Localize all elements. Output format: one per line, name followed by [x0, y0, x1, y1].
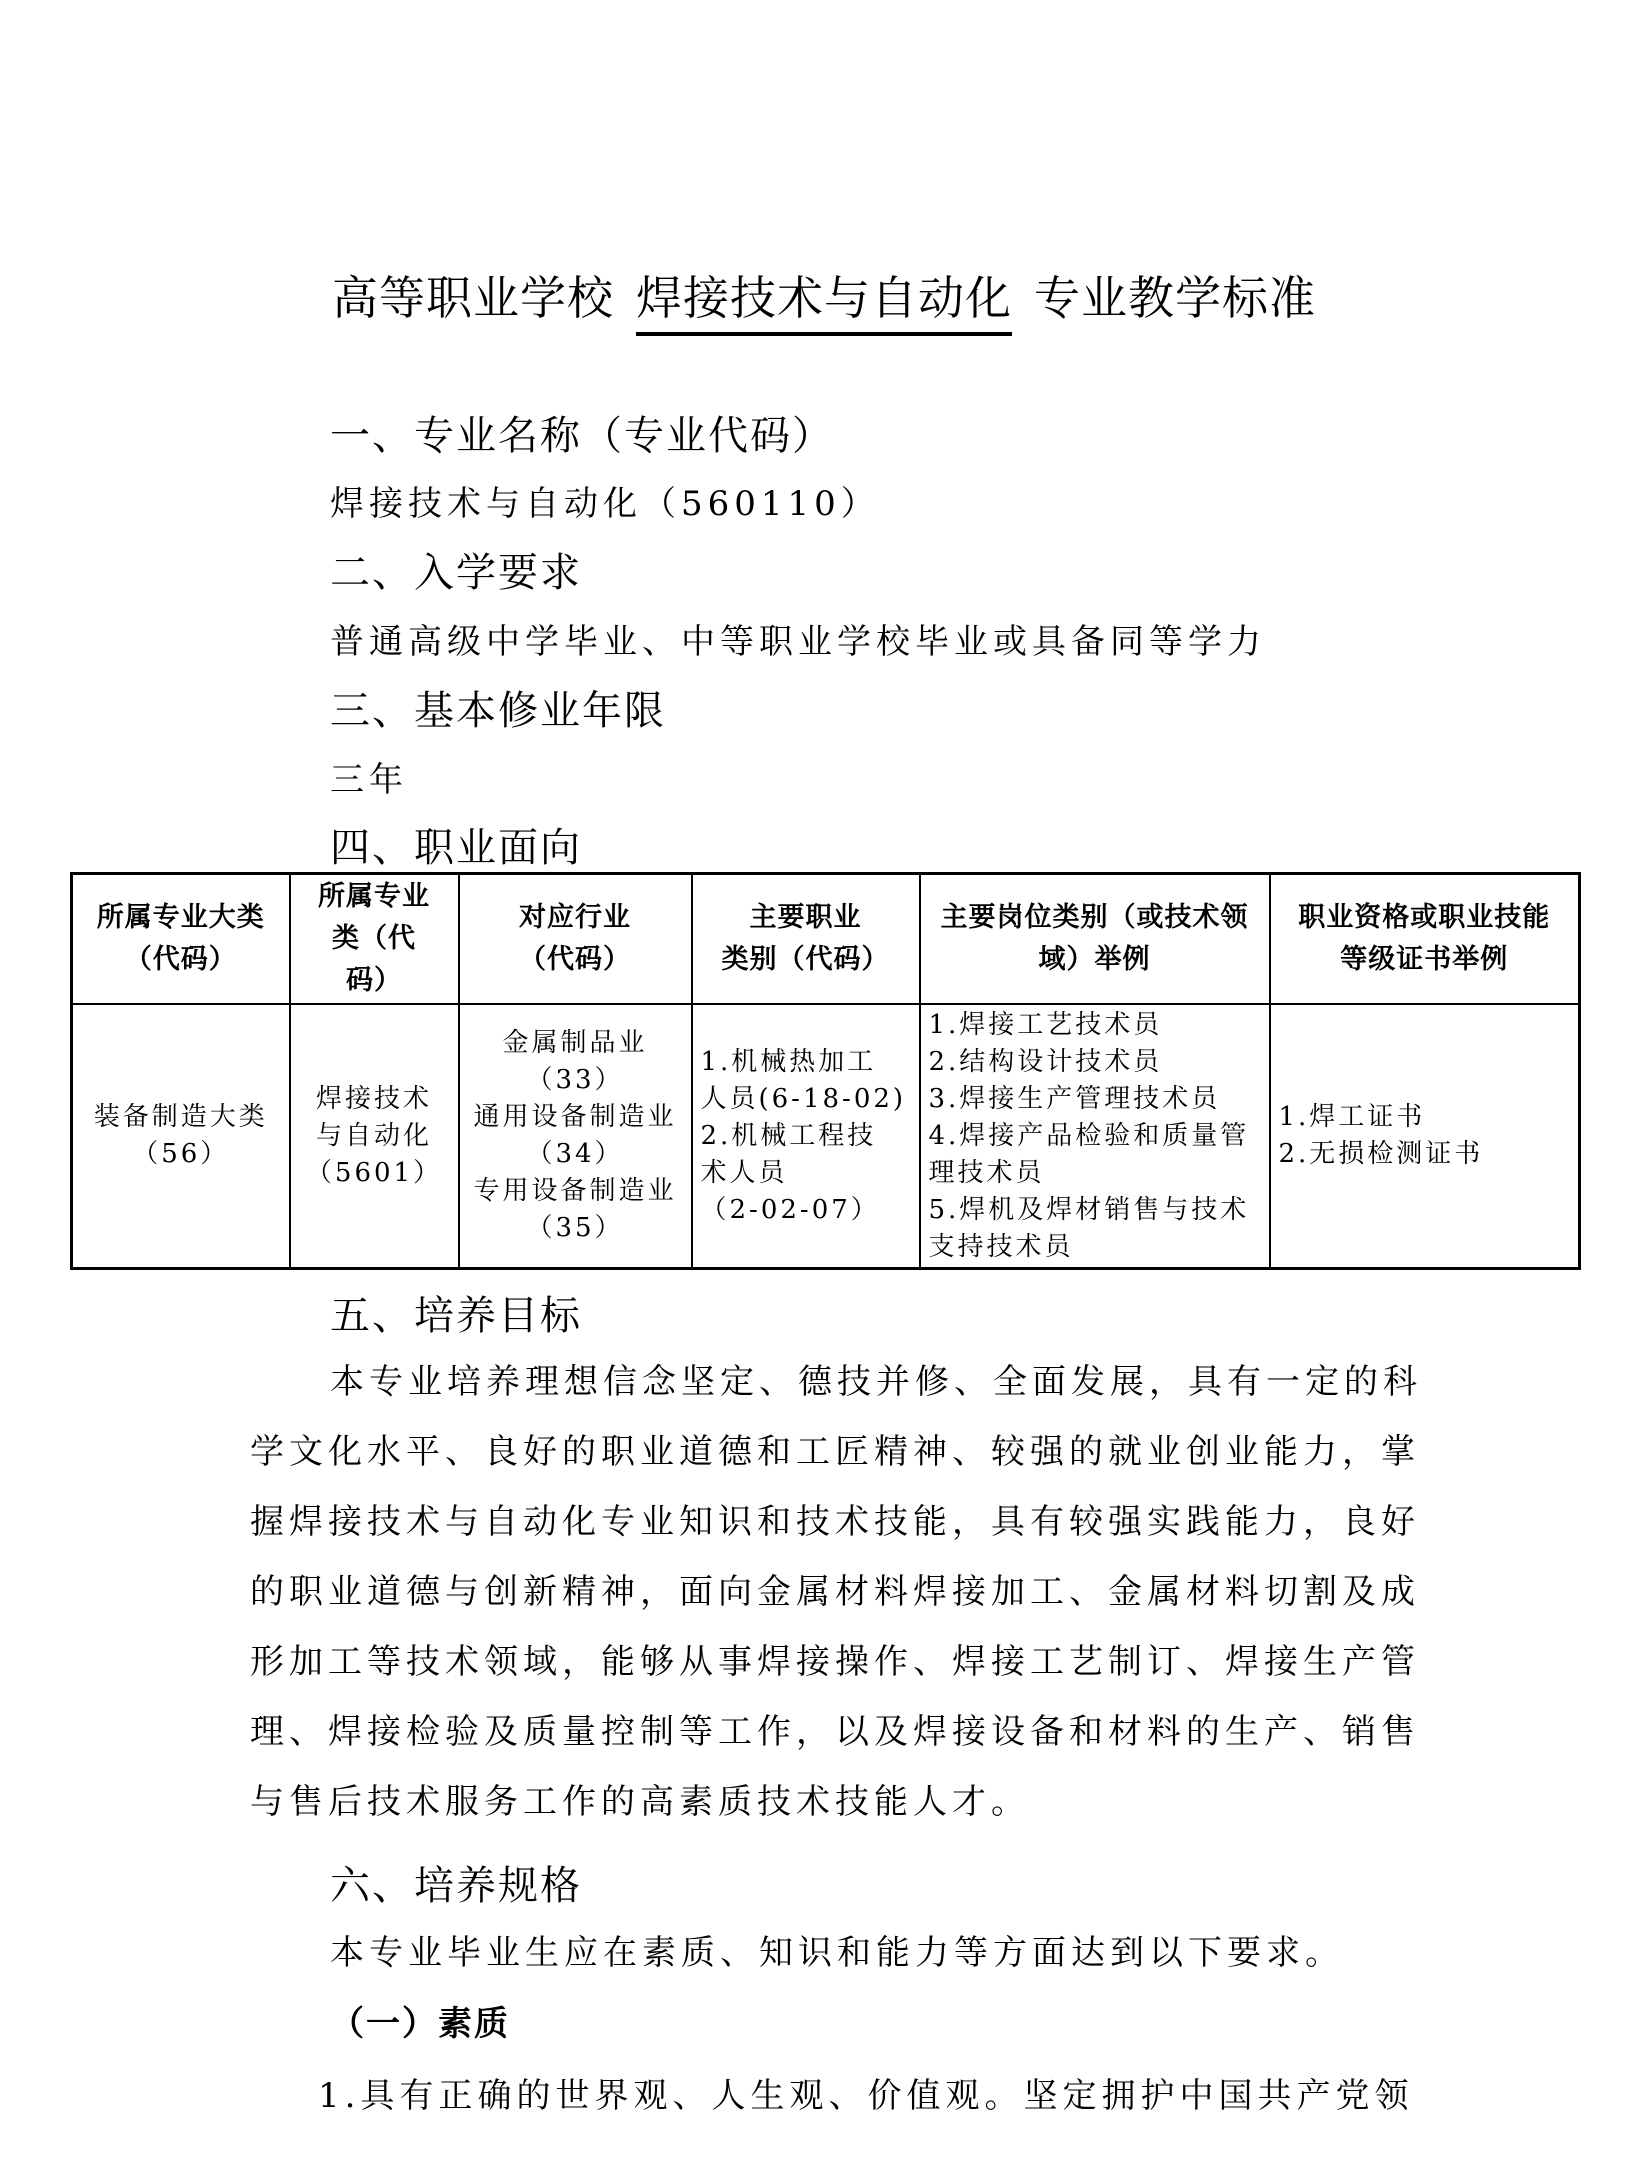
header-major-category: 所属专业大类（代码） [72, 874, 290, 1005]
header-job-category: 主要岗位类别（或技术领域）举例 [920, 874, 1270, 1005]
section-5-line-3: 握焊接技术与自动化专业知识和技术技能，具有较强实践能力，良好 [250, 1494, 1420, 1543]
section-5-line-1: 本专业培养理想信念坚定、德技并修、全面发展，具有一定的科 [330, 1354, 1422, 1403]
cell-major-class: 焊接技术与自动化（5601） [290, 1004, 459, 1269]
table-row: 装备制造大类（56） 焊接技术与自动化（5601） 金属制品业（33）通用设备制… [72, 1004, 1580, 1269]
occupation-table: 所属专业大类（代码） 所属专业类（代码） 对应行业（代码） 主要职业类别（代码）… [70, 872, 1581, 1270]
title-prefix: 高等职业学校 [332, 271, 614, 325]
subsection-quality-heading: （一）素质 [330, 1996, 510, 2045]
cell-industry: 金属制品业（33）通用设备制造业（34）专用设备制造业（35） [459, 1004, 692, 1269]
quality-item-1: 1.具有正确的世界观、人生观、价值观。坚定拥护中国共产党领 [318, 2068, 1413, 2117]
section-3-heading: 三、基本修业年限 [330, 679, 666, 736]
header-certificates: 职业资格或职业技能等级证书举例 [1270, 874, 1580, 1005]
header-occupation-class: 主要职业类别（代码） [692, 874, 920, 1005]
document-title: 高等职业学校焊接技术与自动化专业教学标准 [0, 262, 1648, 336]
section-1-heading: 一、专业名称（专业代码） [330, 404, 834, 461]
cell-certificates: 1.焊工证书2.无损检测证书 [1270, 1004, 1580, 1269]
title-suffix: 专业教学标准 [1034, 271, 1316, 325]
section-5-line-4: 的职业道德与创新精神，面向金属材料焊接加工、金属材料切割及成 [250, 1564, 1420, 1613]
section-6-body: 本专业毕业生应在素质、知识和能力等方面达到以下要求。 [330, 1925, 1344, 1974]
section-3-body: 三年 [330, 752, 408, 801]
header-major-class: 所属专业类（代码） [290, 874, 459, 1005]
cell-job-category: 1.焊接工艺技术员2.结构设计技术员3.焊接生产管理技术员4.焊接产品检验和质量… [920, 1004, 1270, 1269]
section-4-heading: 四、职业面向 [330, 816, 582, 873]
section-2-body: 普通高级中学毕业、中等职业学校毕业或具备同等学力 [330, 614, 1266, 663]
cell-occupation-class: 1.机械热加工人员(6-18-02)2.机械工程技术人员（2-02-07） [692, 1004, 920, 1269]
section-6-heading: 六、培养规格 [330, 1854, 582, 1911]
cell-major-category: 装备制造大类（56） [72, 1004, 290, 1269]
section-5-line-6: 理、焊接检验及质量控制等工作，以及焊接设备和材料的生产、销售 [250, 1704, 1420, 1753]
section-2-heading: 二、入学要求 [330, 541, 582, 598]
section-5-heading: 五、培养目标 [330, 1284, 582, 1341]
header-industry: 对应行业（代码） [459, 874, 692, 1005]
section-5-line-2: 学文化水平、良好的职业道德和工匠精神、较强的就业创业能力，掌 [250, 1424, 1420, 1473]
title-major-underlined: 焊接技术与自动化 [636, 262, 1012, 336]
section-5-line-5: 形加工等技术领域，能够从事焊接操作、焊接工艺制订、焊接生产管 [250, 1634, 1420, 1683]
section-5-line-7: 与售后技术服务工作的高素质技术技能人才。 [250, 1774, 1030, 1823]
table-header-row: 所属专业大类（代码） 所属专业类（代码） 对应行业（代码） 主要职业类别（代码）… [72, 874, 1580, 1005]
section-1-body: 焊接技术与自动化（560110） [330, 476, 880, 525]
